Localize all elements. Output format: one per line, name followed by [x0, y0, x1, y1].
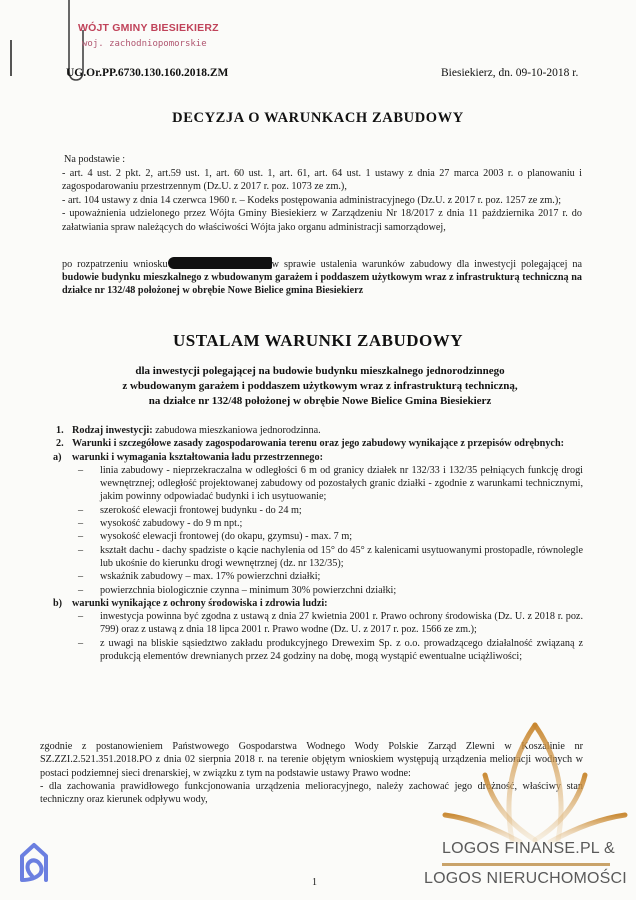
subsection-heading: warunki i wymagania kształtowania ładu p…	[72, 452, 323, 463]
logo-divider	[442, 863, 610, 866]
decision-subtitle: dla inwestycji polegającej na budowie bu…	[60, 364, 580, 409]
section-label: Rodzaj inwestycji:	[72, 425, 153, 436]
basis-item: - upoważnienia udzielonego przez Wójta G…	[62, 207, 582, 234]
subsection-label: b)	[53, 597, 62, 610]
section-number: 1.	[56, 424, 64, 437]
document-title: DECYZJA O WARUNKACH ZABUDOWY	[0, 110, 636, 127]
condition-item: –linia zabudowy - nieprzekraczalna w odl…	[56, 464, 583, 504]
condition-item: –wysokość elewacji frontowej (do okapu, …	[56, 530, 583, 543]
subtitle-line: z wbudowanym garażem i poddaszem użytkow…	[60, 379, 580, 394]
consideration-paragraph: po rozpatrzeniu wnioskuw sprawie ustalen…	[62, 257, 582, 297]
consideration-subject: budowie budynku mieszkalnego z wbudowany…	[62, 272, 582, 296]
logo-line-1: LOGOS FINANSE.PL &	[442, 840, 615, 858]
conditions-list: 1.Rodzaj inwestycji: zabudowa mieszkanio…	[56, 424, 583, 663]
water-management-paragraph: zgodnie z postanowieniem Państwowego Gos…	[40, 740, 583, 806]
section-text: zabudowa mieszkaniowa jednorodzinna.	[153, 425, 321, 436]
condition-item: –szerokość elewacji frontowej budynku - …	[56, 504, 583, 517]
logo-line-2: LOGOS NIERUCHOMOŚCI	[424, 870, 627, 888]
condition-item: –wskaźnik zabudowy – max. 17% powierzchn…	[56, 570, 583, 583]
condition-item: –kształt dachu - dachy spadziste o kącie…	[56, 544, 583, 571]
section-2: 2.Warunki i szczegółowe zasady zagospoda…	[56, 437, 583, 450]
stamp-title: WÓJT GMINY BIESIEKIERZ	[78, 22, 219, 34]
page-number: 1	[312, 877, 317, 888]
place-date: Biesiekierz, dn. 09-10-2018 r.	[441, 67, 578, 79]
section-label: Warunki i szczegółowe zasady zagospodaro…	[72, 438, 564, 449]
basis-intro: Na podstawie :	[64, 153, 582, 167]
condition-item: –z uwagi na bliskie sąsiedztwo zakładu p…	[56, 637, 583, 664]
water-item: - dla zachowania prawidłowego funkcjonow…	[40, 780, 583, 807]
basis-item: - art. 104 ustawy z dnia 14 czerwca 1960…	[62, 194, 582, 208]
decision-heading: USTALAM WARUNKI ZABUDOWY	[0, 331, 636, 351]
document-page: WÓJT GMINY BIESIEKIERZ woj. zachodniopom…	[0, 0, 636, 900]
legal-basis: Na podstawie : - art. 4 ust. 2 pkt. 2, a…	[62, 153, 582, 235]
reference-number: UG.Or.PP.6730.130.160.2018.ZM	[66, 67, 228, 79]
subsection-a: a)warunki i wymagania kształtowania ładu…	[56, 451, 583, 464]
section-1: 1.Rodzaj inwestycji: zabudowa mieszkanio…	[56, 424, 583, 437]
stamp-subtitle: woj. zachodniopomorskie	[82, 39, 207, 49]
basis-item: - art. 4 ust. 2 pkt. 2, art.59 ust. 1, a…	[62, 167, 582, 194]
house-logo-icon	[14, 840, 54, 884]
subtitle-line: na działce nr 132/48 położonej w obrębie…	[60, 394, 580, 409]
subsection-b: b)warunki wynikające z ochrony środowisk…	[56, 597, 583, 610]
scan-mark	[10, 40, 12, 76]
water-text: zgodnie z postanowieniem Państwowego Gos…	[40, 740, 583, 780]
condition-item: –wysokość zabudowy - do 9 m npt.;	[56, 517, 583, 530]
subsection-label: a)	[53, 451, 62, 464]
redacted-block	[168, 257, 272, 269]
subtitle-line: dla inwestycji polegającej na budowie bu…	[60, 364, 580, 379]
condition-item: –inwestycja powinna być zgodna z ustawą …	[56, 610, 583, 637]
consideration-prefix: po rozpatrzeniu wniosku	[62, 259, 168, 270]
subsection-heading: warunki wynikające z ochrony środowiska …	[72, 598, 328, 609]
consideration-middle: w sprawie ustalenia warunków zabudowy dl…	[272, 259, 582, 270]
condition-item: –powierzchnia biologicznie czynna – mini…	[56, 584, 583, 597]
section-number: 2.	[56, 437, 64, 450]
